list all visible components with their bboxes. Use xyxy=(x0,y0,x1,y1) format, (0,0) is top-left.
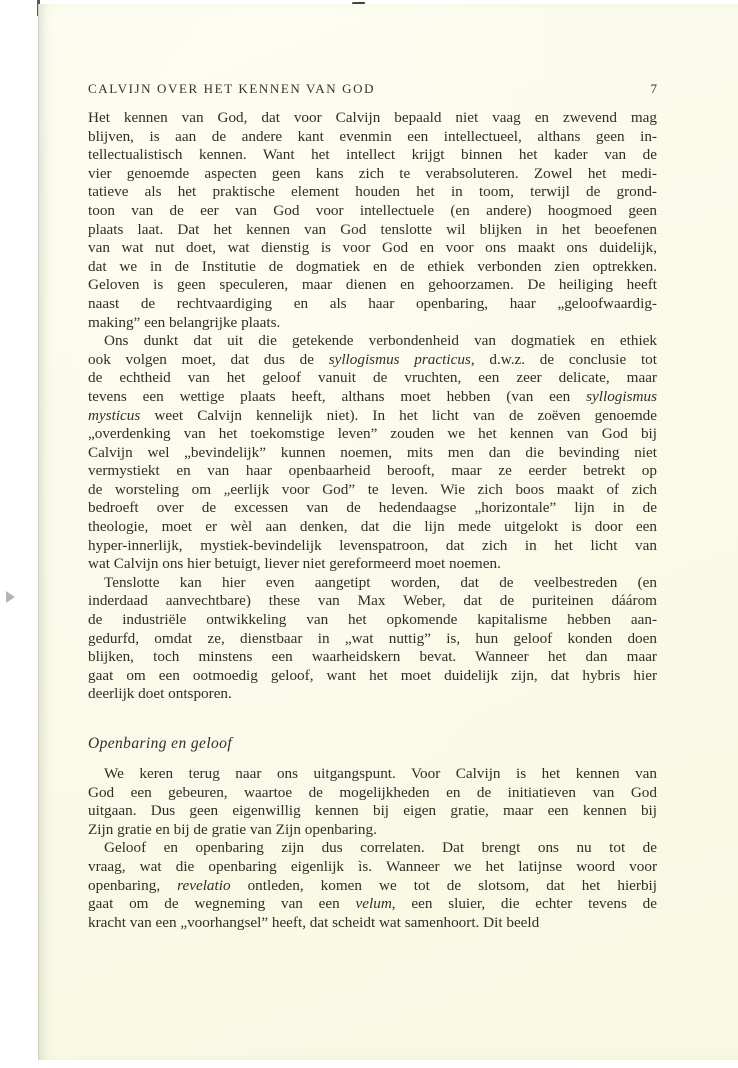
text-line: vraag, wat die openbaring eigenlijk ìs. … xyxy=(88,858,657,877)
text-line: tevens een wettige plaats heeft, althans… xyxy=(88,388,657,407)
text-line: making” een belangrijke plaats. xyxy=(88,314,657,333)
text-line: tellectualistisch kennen. Want het intel… xyxy=(88,146,657,165)
text-line: „overdenking van het toekomstige leven” … xyxy=(88,425,657,444)
page-body: Het kennen van God, dat voor Calvijn bep… xyxy=(88,109,657,932)
book-page: CALVIJN OVER HET KENNEN VAN GOD 7 Het ke… xyxy=(38,4,738,1060)
text-line: Geloven is geen speculeren, maar dienen … xyxy=(88,276,657,295)
paragraph: We keren terug naar ons uitgangspunt. Vo… xyxy=(88,765,657,839)
text-line: uitgaan. Dus geen eigenwillig kennen bij… xyxy=(88,802,657,821)
text-line: de echtheid van het geloof vanuit de vru… xyxy=(88,369,657,388)
running-header: CALVIJN OVER HET KENNEN VAN GOD 7 xyxy=(88,80,657,97)
margin-arrow-artifact xyxy=(6,591,15,603)
running-header-title: CALVIJN OVER HET KENNEN VAN GOD xyxy=(88,80,375,97)
text-line: van wat nut doet, wat dienstig is voor G… xyxy=(88,239,657,258)
text-line: naast de rechtvaardiging en als haar ope… xyxy=(88,295,657,314)
text-line: gedurfd, omdat ze, dienstbaar in „wat nu… xyxy=(88,630,657,649)
text-line: gaat om de wegneming van een velum, een … xyxy=(88,895,657,914)
section-heading: Openbaring en geloof xyxy=(88,734,657,754)
paragraph: Het kennen van God, dat voor Calvijn bep… xyxy=(88,109,657,332)
text-line: gaat om een ootmoedig geloof, want het m… xyxy=(88,667,657,686)
paragraph: Geloof en openbaring zijn dus correlaten… xyxy=(88,839,657,932)
text-line: toon van de eer van God voor intellectue… xyxy=(88,202,657,221)
text-line: plaats laat. Dat het kennen van God tens… xyxy=(88,221,657,240)
text-line: blijven, is aan de andere kant evenmin e… xyxy=(88,128,657,147)
text-line: wat Calvijn ons hier betuigt, liever nie… xyxy=(88,555,657,574)
text-line: We keren terug naar ons uitgangspunt. Vo… xyxy=(88,765,657,784)
paragraph: Ons dunkt dat uit die getekende verbonde… xyxy=(88,332,657,574)
text-line: openbaring, revelatio ontleden, komen we… xyxy=(88,877,657,896)
text-line: blijken, toch minstens een waarheidskern… xyxy=(88,648,657,667)
text-line: God een gebeuren, waartoe de mogelijkhed… xyxy=(88,784,657,803)
scanned-book-page-background: { "document": { "header": { "title": "CA… xyxy=(0,0,738,1068)
text-line: de industriële ontwikkeling van het opko… xyxy=(88,611,657,630)
page-number: 7 xyxy=(651,80,658,97)
text-line: deerlijk doet ontsporen. xyxy=(88,685,657,704)
text-line: dat we in de Institutie de dogmatiek en … xyxy=(88,258,657,277)
text-line: Ons dunkt dat uit die getekende verbonde… xyxy=(88,332,657,351)
text-line: vermystiekt en van haar openbaarheid ber… xyxy=(88,462,657,481)
text-line: vier genoemde aspecten geen kans zich te… xyxy=(88,165,657,184)
page-content: CALVIJN OVER HET KENNEN VAN GOD 7 Het ke… xyxy=(39,4,738,932)
text-line: mysticus weet Calvijn kennelijk niet). I… xyxy=(88,407,657,426)
text-line: kracht van een „voorhangsel” heeft, dat … xyxy=(88,914,657,933)
text-line: theologie, moet er wèl aan denken, dat d… xyxy=(88,518,657,537)
text-line: Het kennen van God, dat voor Calvijn bep… xyxy=(88,109,657,128)
text-line: Zijn gratie en bij de gratie van Zijn op… xyxy=(88,821,657,840)
text-line: tatieve als het praktische element houde… xyxy=(88,183,657,202)
text-line: Calvijn wel „bevindelijk” kunnen noemen,… xyxy=(88,444,657,463)
text-line: ook volgen moet, dat dus de syllogismus … xyxy=(88,351,657,370)
text-line: bedroeft over de excessen van de hedenda… xyxy=(88,499,657,518)
text-line: Tenslotte kan hier even aangetipt worden… xyxy=(88,574,657,593)
paragraph: Tenslotte kan hier even aangetipt worden… xyxy=(88,574,657,704)
text-line: de worsteling om „eerlijk voor God” te l… xyxy=(88,481,657,500)
text-line: Geloof en openbaring zijn dus correlaten… xyxy=(88,839,657,858)
text-line: inderdaad aanvechtbare) these van Max We… xyxy=(88,592,657,611)
text-line: hyper-innerlijk, mystiek-bevindelijk lev… xyxy=(88,537,657,556)
